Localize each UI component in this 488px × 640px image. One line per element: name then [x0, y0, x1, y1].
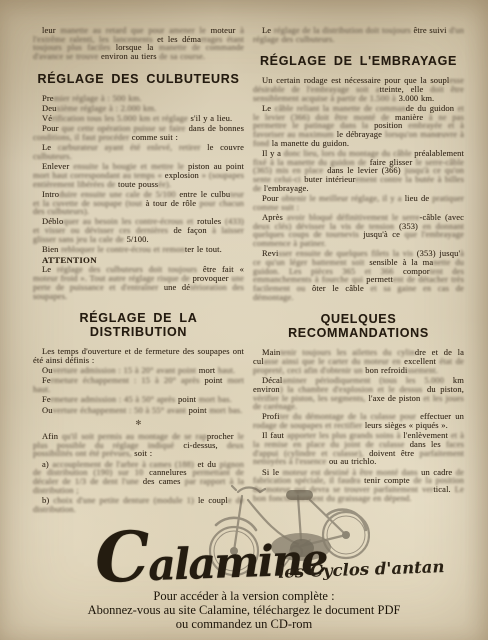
- paragraph: Bien rebloquer le contre-écrou et remont…: [33, 245, 244, 254]
- section-heading: RÉGLAGE DES CULBUTEURS: [33, 72, 244, 86]
- paragraph: Après avoir bloqué définitivement le ser…: [253, 213, 464, 248]
- section-heading: QUELQUES RECOMMANDATIONS: [253, 312, 464, 340]
- column-right: Le réglage de la distribution doit toujo…: [253, 26, 464, 504]
- footer-line-2: Abonnez-vous au site Calamine, télécharg…: [0, 603, 488, 617]
- paragraph: Premier réglage à : 500 km.: [33, 94, 244, 103]
- paragraph: Deuxième réglage à : 2.000 km.: [33, 104, 244, 113]
- paragraph: Pour obtenir le meilleur réglage, il y a…: [253, 194, 464, 211]
- paragraph: Revisser ensuite de quelques filets la v…: [253, 249, 464, 301]
- paragraph: Débloquer au besoin les contre-écrous et…: [33, 217, 244, 243]
- paragraph: Ouverture échappement : 50 à 55° avant p…: [33, 406, 244, 415]
- paragraph: Introduire ensuite une cale de 5/100 ent…: [33, 190, 244, 216]
- paragraph: a) accouplement de l'arbre à cames (188)…: [33, 460, 244, 495]
- ornament-icon: ✻: [33, 419, 244, 428]
- paragraph: Un certain rodage est nécessaire pour qu…: [253, 76, 464, 102]
- paragraph: Pour que cette opération puisse se faire…: [33, 124, 244, 141]
- paragraph: Il y a donc lieu, lors du montage du câb…: [253, 149, 464, 193]
- paragraph: Profiter du démontage de la culasse pour…: [253, 412, 464, 429]
- paragraph: b) choix d'une petite denture (module 1)…: [33, 496, 244, 513]
- paragraph: Il faut apporter les plus grands soins à…: [253, 431, 464, 466]
- footer-line-1: Pour accéder à la version complète :: [0, 589, 488, 603]
- paragraph: leur manette au retard que pour amener l…: [33, 26, 244, 61]
- paragraph: Maintenir toujours les ailettes du cylin…: [253, 348, 464, 374]
- paragraph: Le réglage de la distribution doit toujo…: [253, 26, 464, 43]
- paragraph: Afin qu'il soit permis au montage de se …: [33, 432, 244, 458]
- section-heading: RÉGLAGE DE LA DISTRIBUTION: [33, 311, 244, 339]
- paragraph: Enlever ensuite la bougie et mettre le p…: [33, 162, 244, 188]
- paragraph: Fermeture admission : 45 à 50° après poi…: [33, 395, 244, 404]
- scanned-manual-page: leur manette au retard que pour amener l…: [0, 0, 488, 640]
- paragraph: Le réglage des culbuteurs doit toujours …: [33, 265, 244, 300]
- paragraph: Le câble reliant la manette de commande …: [253, 104, 464, 148]
- column-left: leur manette au retard que pour amener l…: [33, 26, 244, 515]
- paragraph: Les temps d'ouverture et de fermeture de…: [33, 347, 244, 364]
- paragraph: Fermeture échappement : 15 à 20° après p…: [33, 376, 244, 393]
- section-heading: RÉGLAGE DE L'EMBRAYAGE: [253, 54, 464, 68]
- paragraph: Vérification tous les 5.000 km et réglag…: [33, 114, 244, 123]
- footer-line-3: ou commandez un CD-rom: [0, 617, 488, 631]
- paragraph: Décalaminer périodiquement (tous les 5.0…: [253, 376, 464, 411]
- footer-cta: Pour accéder à la version complète : Abo…: [0, 589, 488, 631]
- paragraph: Si le moteur est destiné à être monté da…: [253, 468, 464, 503]
- paragraph: Ouverture admission : 15 à 20° avant poi…: [33, 366, 244, 375]
- paragraph: Le carburateur ayant été enlevé, retirer…: [33, 143, 244, 160]
